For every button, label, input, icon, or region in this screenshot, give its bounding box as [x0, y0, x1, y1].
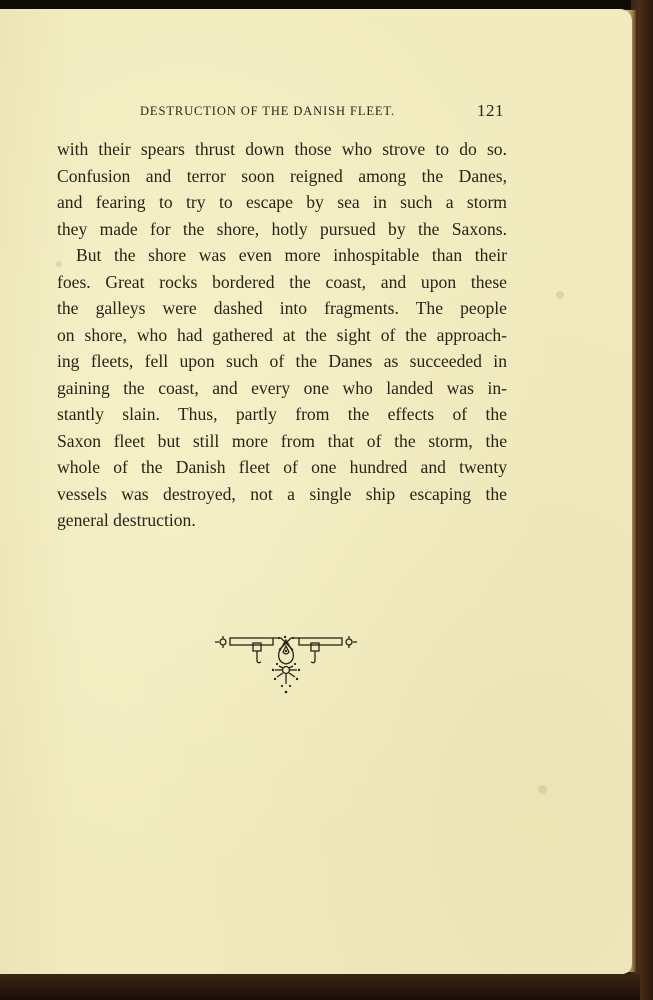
page-number: 121: [477, 101, 504, 121]
text-line: But the shore was even more inhospitable…: [57, 242, 507, 269]
paragraph-1: with their spears thrust down those who …: [57, 136, 507, 242]
text-line: Saxon fleet but still more from that of …: [57, 428, 507, 455]
body-text: with their spears thrust down those who …: [57, 136, 507, 534]
text-line: vessels was destroyed, not a single ship…: [57, 481, 507, 508]
paragraph-2: But the shore was even more inhospitable…: [57, 242, 507, 534]
text-line: and fearing to try to escape by sea in s…: [57, 189, 507, 216]
text-line: with their spears thrust down those who …: [57, 136, 507, 163]
text-line: the galleys were dashed into fragments. …: [57, 295, 507, 322]
running-head-title: DESTRUCTION OF THE DANISH FLEET.: [140, 104, 395, 119]
text-line: stantly slain. Thus, partly from the eff…: [57, 401, 507, 428]
text-line: foes. Great rocks bordered the coast, an…: [57, 269, 507, 296]
text-line: general destruction.: [57, 507, 507, 534]
scan-bottom-border: [0, 974, 640, 1000]
running-head: DESTRUCTION OF THE DANISH FLEET. 121: [140, 104, 504, 124]
scan-top-border: [0, 0, 653, 9]
text-line: Confusion and terror soon reigned among …: [57, 163, 507, 190]
text-line: gaining the coast, and every one who lan…: [57, 375, 507, 402]
text-line: ing fleets, fell upon such of the Danes …: [57, 348, 507, 375]
text-line: they made for the shore, hotly pursued b…: [57, 216, 507, 243]
paper-spot: [556, 291, 564, 299]
text-line: whole of the Danish fleet of one hundred…: [57, 454, 507, 481]
text-line: on shore, who had gathered at the sight …: [57, 322, 507, 349]
tailpiece-ornament-icon: [213, 632, 359, 698]
paper-spot: [538, 785, 547, 794]
